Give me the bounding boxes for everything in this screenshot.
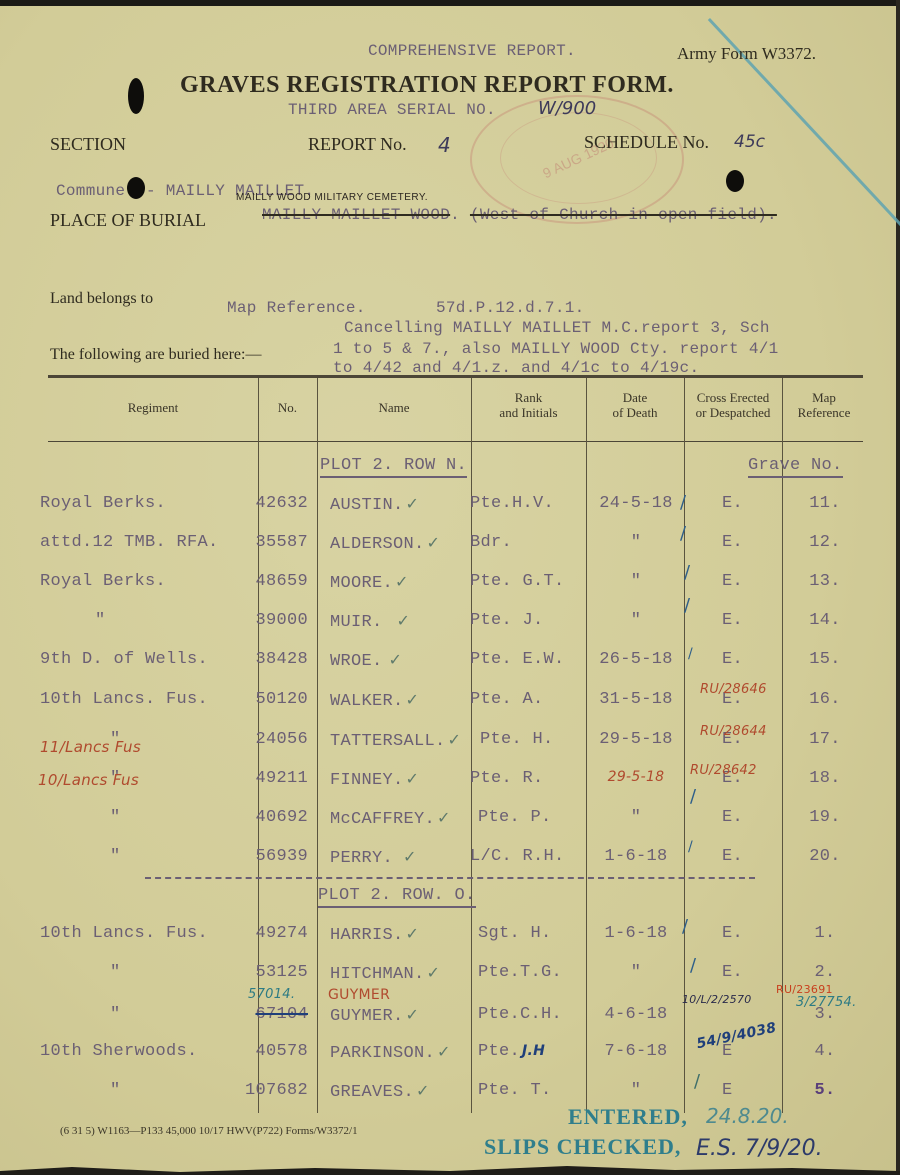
date-cell: 29-5-18 — [592, 730, 680, 749]
name-text: GREAVES. — [330, 1083, 414, 1102]
column-header-map-line2: Reference — [782, 405, 866, 420]
red-annotation: RU/28644 — [700, 724, 767, 739]
slips-checked-initials: E.S. 7/9/20. — [696, 1136, 823, 1161]
name-text: PERRY. — [330, 849, 393, 868]
column-header-cross: Cross Erected or Despatched — [684, 390, 782, 420]
commune-label: Commune — [56, 182, 125, 200]
grave-cell: 4. — [800, 1042, 850, 1061]
rank-cell: Pte. R. — [470, 769, 544, 788]
regiment-cell: 10th Sherwoods. — [40, 1042, 255, 1061]
entered-date: 24.8.20. — [706, 1104, 789, 1128]
name-text: PARKINSON. — [330, 1044, 435, 1063]
grave-cell: 20. — [800, 847, 850, 866]
column-header-date: Date of Death — [586, 390, 684, 420]
name-cell: FINNEY.✓ — [330, 769, 419, 790]
place-struck-note: (West of Church in open field). — [470, 206, 777, 224]
name-text: HITCHMAN. — [330, 965, 425, 984]
name-cell: ALDERSON.✓ — [330, 533, 440, 554]
rank-text: Pte. — [478, 1042, 520, 1061]
grave-cell: 3. — [800, 1005, 850, 1024]
table-row: " 53125 HITCHMAN.✓ Pte.T.G. " / E. 2. — [0, 963, 900, 993]
punch-hole-icon — [726, 170, 744, 192]
regiment-cell: Royal Berks. — [40, 494, 255, 513]
checkmark-icon: ✓ — [437, 1042, 451, 1061]
grave-cell: 19. — [800, 808, 850, 827]
regiment-cell: 9th D. of Wells. — [40, 650, 255, 669]
name-cell: GUYMER.✓ — [330, 1005, 419, 1026]
grave-cell: 18. — [800, 769, 850, 788]
rank-cell: Bdr. — [470, 533, 512, 552]
grave-cell: 12. — [800, 533, 850, 552]
table-row: Royal Berks. 48659 MOORE.✓ Pte. G.T. " /… — [0, 572, 900, 602]
number-cell: 48659 — [236, 572, 308, 591]
date-cell: 4-6-18 — [592, 1005, 680, 1024]
cross-cell: E. — [722, 963, 743, 982]
name-text: AUSTIN. — [330, 496, 404, 515]
rank-cell: Pte. P. — [478, 808, 552, 827]
table-row: 10th Lancs. Fus. 49274 HARRIS.✓ Sgt. H. … — [0, 924, 900, 954]
table-header-rule — [48, 441, 863, 442]
red-annotation: RU/28642 — [690, 763, 757, 778]
name-text: MOORE. — [330, 574, 393, 593]
punch-hole-icon — [128, 78, 144, 114]
grave-cell: 2. — [800, 963, 850, 982]
army-form-number: Army Form W3372. — [677, 44, 816, 64]
checkmark-icon: ✓ — [389, 650, 403, 669]
handwritten-regiment: 11/Lancs Fus — [40, 738, 141, 756]
column-header-rank-line1: Rank — [471, 390, 586, 405]
red-annotation: RU/28646 — [700, 682, 767, 697]
name-cell: HARRIS.✓ — [330, 924, 419, 945]
checkmark-icon: ✓ — [406, 690, 420, 709]
print-code: (6 31 5) W1163—P133 45,000 10/17 HWV(P72… — [60, 1125, 358, 1137]
column-header-rank: Rank and Initials — [471, 390, 586, 420]
report-value: 4 — [438, 133, 451, 157]
grave-cell: 1. — [800, 924, 850, 943]
scan-edge-top — [0, 0, 900, 6]
name-cell: WROE.✓ — [330, 650, 402, 671]
table-row: 10th Lancs. Fus. 50120 WALKER.✓ Pte. A. … — [0, 690, 900, 720]
cross-cell: E. — [722, 611, 743, 630]
entered-stamp: ENTERED, — [568, 1104, 688, 1130]
buried-here-label: The following are buried here:— — [50, 346, 261, 364]
grave-cell: 11. — [800, 494, 850, 513]
slash-mark-icon: / — [688, 646, 693, 662]
number-cell: 40692 — [236, 808, 308, 827]
slash-mark-icon: / — [690, 786, 696, 807]
number-cell: 42632 — [236, 494, 308, 513]
grave-cell: 5. — [800, 1081, 850, 1100]
rank-handwritten: J.H — [522, 1043, 545, 1059]
place-struck: MAILLY MAILLET WOOD — [262, 206, 450, 224]
name-text: TATTERSALL. — [330, 732, 446, 751]
name-text: McCAFFREY. — [330, 810, 435, 829]
rank-cell: Pte.T.G. — [478, 963, 562, 982]
regiment-cell: Royal Berks. — [40, 572, 255, 591]
name-cell: McCAFFREY.✓ — [330, 808, 451, 829]
table-row: " 39000 MUIR.✓ Pte. J. " / E. 14. — [0, 611, 900, 641]
comprehensive-report-label: COMPREHENSIVE REPORT. — [368, 42, 576, 60]
rank-cell: Pte. E.W. — [470, 650, 565, 669]
date-cell: 7-6-18 — [592, 1042, 680, 1061]
name-text: WROE. — [330, 652, 383, 671]
checkmark-icon: ✓ — [437, 808, 451, 827]
cross-cell: E. — [722, 572, 743, 591]
serial-value: W/900 — [538, 98, 596, 119]
name-text: GUYMER. — [330, 1007, 404, 1026]
cross-cell: E. — [722, 808, 743, 827]
table-row: 9th D. of Wells. 38428 WROE.✓ Pte. E.W. … — [0, 650, 900, 680]
grave-cell: 14. — [800, 611, 850, 630]
column-header-map: Map Reference — [782, 390, 866, 420]
cancel-note-line1: Cancelling MAILLY MAILLET M.C.report 3, … — [344, 319, 770, 337]
column-header-rank-line2: and Initials — [471, 405, 586, 420]
table-row: Royal Berks. 42632 AUSTIN.✓ Pte.H.V. 24-… — [0, 494, 900, 524]
number-correction: 57014. — [248, 987, 295, 1002]
checkmark-icon: ✓ — [406, 924, 420, 943]
rank-cell: Pte. T. — [478, 1081, 552, 1100]
rank-cell: Pte. A. — [470, 690, 544, 709]
grave-no-heading: Grave No. — [748, 456, 843, 478]
date-cell: " — [592, 611, 680, 630]
name-cell: HITCHMAN.✓ — [330, 963, 440, 984]
torn-edge-bottom — [0, 1165, 900, 1175]
checkmark-icon: ✓ — [427, 963, 441, 982]
blue-annotation: 10/L/2/2570 — [682, 993, 752, 1006]
table-row: " 10/Lancs Fus 49211 FINNEY.✓ Pte. R. 29… — [0, 769, 900, 799]
name-text: WALKER. — [330, 692, 404, 711]
column-header-no: No. — [258, 400, 317, 415]
regiment-cell: 10th Lancs. Fus. — [40, 924, 255, 943]
date-cell: 26-5-18 — [592, 650, 680, 669]
section-divider-dashed — [145, 877, 755, 879]
cross-cell: E. — [722, 494, 743, 513]
number-cell: 49274 — [236, 924, 308, 943]
document-page: 9 AUG 1920 COMPREHENSIVE REPORT. Army Fo… — [0, 0, 900, 1175]
rank-cell: Pte. J. — [470, 611, 544, 630]
plot-row-o-heading: PLOT 2. ROW. O. — [318, 886, 476, 908]
name-text: ALDERSON. — [330, 535, 425, 554]
checkmark-icon: ✓ — [406, 769, 420, 788]
slash-mark-icon: / — [684, 595, 690, 616]
number-cell: 49211 — [236, 769, 308, 788]
date-cell: " — [592, 963, 680, 982]
cross-cell: E — [722, 1081, 733, 1100]
number-cell: 38428 — [236, 650, 308, 669]
slash-mark-icon: / — [688, 839, 693, 855]
checkmark-icon: ✓ — [395, 572, 409, 591]
place-struck-suffix: . — [450, 206, 470, 224]
date-cell: " — [592, 1081, 680, 1100]
section-label: SECTION — [50, 134, 126, 155]
number-cell-struck: 67104 — [236, 1005, 308, 1024]
number-cell: 107682 — [236, 1081, 308, 1100]
slash-mark-icon: / — [680, 523, 686, 544]
grave-cell: 16. — [800, 690, 850, 709]
name-cell: WALKER.✓ — [330, 690, 419, 711]
table-row: " 40692 McCAFFREY.✓ Pte. P. " / E. 19. — [0, 808, 900, 838]
column-header-map-line1: Map — [782, 390, 866, 405]
checkmark-icon: ✓ — [397, 611, 411, 630]
column-header-date-line2: of Death — [586, 405, 684, 420]
slash-mark-icon: / — [694, 1071, 700, 1092]
rank-cell: Pte.H.V. — [470, 494, 554, 513]
date-cell: 1-6-18 — [592, 924, 680, 943]
table-top-rule — [48, 375, 863, 378]
number-cell: 50120 — [236, 690, 308, 709]
schedule-label: SCHEDULE No. — [584, 132, 709, 153]
name-cell: AUSTIN.✓ — [330, 494, 419, 515]
place-of-burial-label: PLACE OF BURIAL — [50, 210, 206, 231]
date-cell: 31-5-18 — [592, 690, 680, 709]
column-header-cross-line2: or Despatched — [684, 405, 782, 420]
rank-cell: Pte.J.H — [478, 1042, 545, 1061]
regiment-cell: attd.12 TMB. RFA. — [40, 533, 255, 552]
cross-cell: E. — [722, 847, 743, 866]
place-correction: MAILLY WOOD MILITARY CEMETERY. — [236, 192, 428, 203]
column-header-date-line1: Date — [586, 390, 684, 405]
land-belongs-label: Land belongs to — [50, 290, 153, 308]
slash-mark-icon: / — [690, 955, 696, 976]
rank-cell: L/C. R.H. — [470, 847, 565, 866]
date-cell-handwritten: 29-5-18 — [592, 769, 680, 785]
grave-cell: 15. — [800, 650, 850, 669]
checkmark-icon: ✓ — [427, 533, 441, 552]
slash-mark-icon: / — [680, 492, 686, 513]
slash-mark-icon: / — [684, 562, 690, 583]
date-cell: " — [592, 572, 680, 591]
regiment-cell: 10th Lancs. Fus. — [40, 690, 255, 709]
number-cell: 40578 — [236, 1042, 308, 1061]
checkmark-icon: ✓ — [406, 494, 420, 513]
name-cell: PERRY.✓ — [330, 847, 417, 868]
checkmark-icon: ✓ — [406, 1005, 420, 1024]
checkmark-icon: ✓ — [416, 1081, 430, 1100]
name-text: FINNEY. — [330, 771, 404, 790]
date-cell: " — [592, 808, 680, 827]
name-cell: MOORE.✓ — [330, 572, 409, 593]
number-cell: 53125 — [236, 963, 308, 982]
table-row: 10th Sherwoods. 40578 PARKINSON.✓ Pte.J.… — [0, 1042, 900, 1072]
rank-cell: Sgt. H. — [478, 924, 552, 943]
name-cell: TATTERSALL.✓ — [330, 730, 461, 751]
map-reference-value: 57d.P.12.d.7.1. — [436, 299, 585, 317]
number-cell: 24056 — [236, 730, 308, 749]
number-cell: 35587 — [236, 533, 308, 552]
date-cell: 24-5-18 — [592, 494, 680, 513]
map-reference-label: Map Reference. — [227, 299, 366, 317]
rank-cell: Pte. G.T. — [470, 572, 565, 591]
rank-cell: Pte. H. — [480, 730, 554, 749]
number-cell: 56939 — [236, 847, 308, 866]
name-cell: PARKINSON.✓ — [330, 1042, 451, 1063]
column-header-regiment: Regiment — [48, 400, 258, 415]
cancel-note-line2: 1 to 5 & 7., also MAILLY WOOD Cty. repor… — [333, 340, 779, 358]
rank-cell: Pte.C.H. — [478, 1005, 562, 1024]
slips-checked-stamp: SLIPS CHECKED, — [484, 1134, 681, 1160]
serial-label: THIRD AREA SERIAL NO. — [288, 101, 496, 119]
plot-row-n-heading: PLOT 2. ROW N. — [320, 456, 467, 478]
grave-cell: 13. — [800, 572, 850, 591]
table-row: " 11/Lancs Fus 24056 TATTERSALL.✓ Pte. H… — [0, 730, 900, 760]
name-text: HARRIS. — [330, 926, 404, 945]
form-title: GRAVES REGISTRATION REPORT FORM. — [180, 72, 674, 99]
table-row: attd.12 TMB. RFA. 35587 ALDERSON.✓ Bdr. … — [0, 533, 900, 563]
report-label: REPORT No. — [308, 134, 407, 155]
slash-mark-icon: / — [682, 916, 688, 937]
punch-hole-icon — [127, 177, 145, 199]
date-cell: " — [592, 533, 680, 552]
name-text: MUIR. — [330, 613, 383, 632]
cross-cell: E. — [722, 924, 743, 943]
name-correction: GUYMER — [328, 987, 390, 1003]
cross-cell: E. — [722, 650, 743, 669]
cross-cell: E. — [722, 533, 743, 552]
grave-cell: 17. — [800, 730, 850, 749]
number-cell: 39000 — [236, 611, 308, 630]
table-row: " 56939 PERRY.✓ L/C. R.H. 1-6-18 / E. 20… — [0, 847, 900, 877]
date-cell: 1-6-18 — [592, 847, 680, 866]
column-header-name: Name — [317, 400, 471, 415]
name-cell: MUIR.✓ — [330, 611, 410, 632]
name-cell: GREAVES.✓ — [330, 1081, 430, 1102]
checkmark-icon: ✓ — [448, 730, 462, 749]
checkmark-icon: ✓ — [403, 847, 417, 866]
schedule-value: 45c — [734, 132, 765, 152]
handwritten-regiment: 10/Lancs Fus — [38, 771, 139, 789]
place-of-burial-value: MAILLY MAILLET WOOD. (West of Church in … — [262, 206, 777, 224]
column-header-cross-line1: Cross Erected — [684, 390, 782, 405]
